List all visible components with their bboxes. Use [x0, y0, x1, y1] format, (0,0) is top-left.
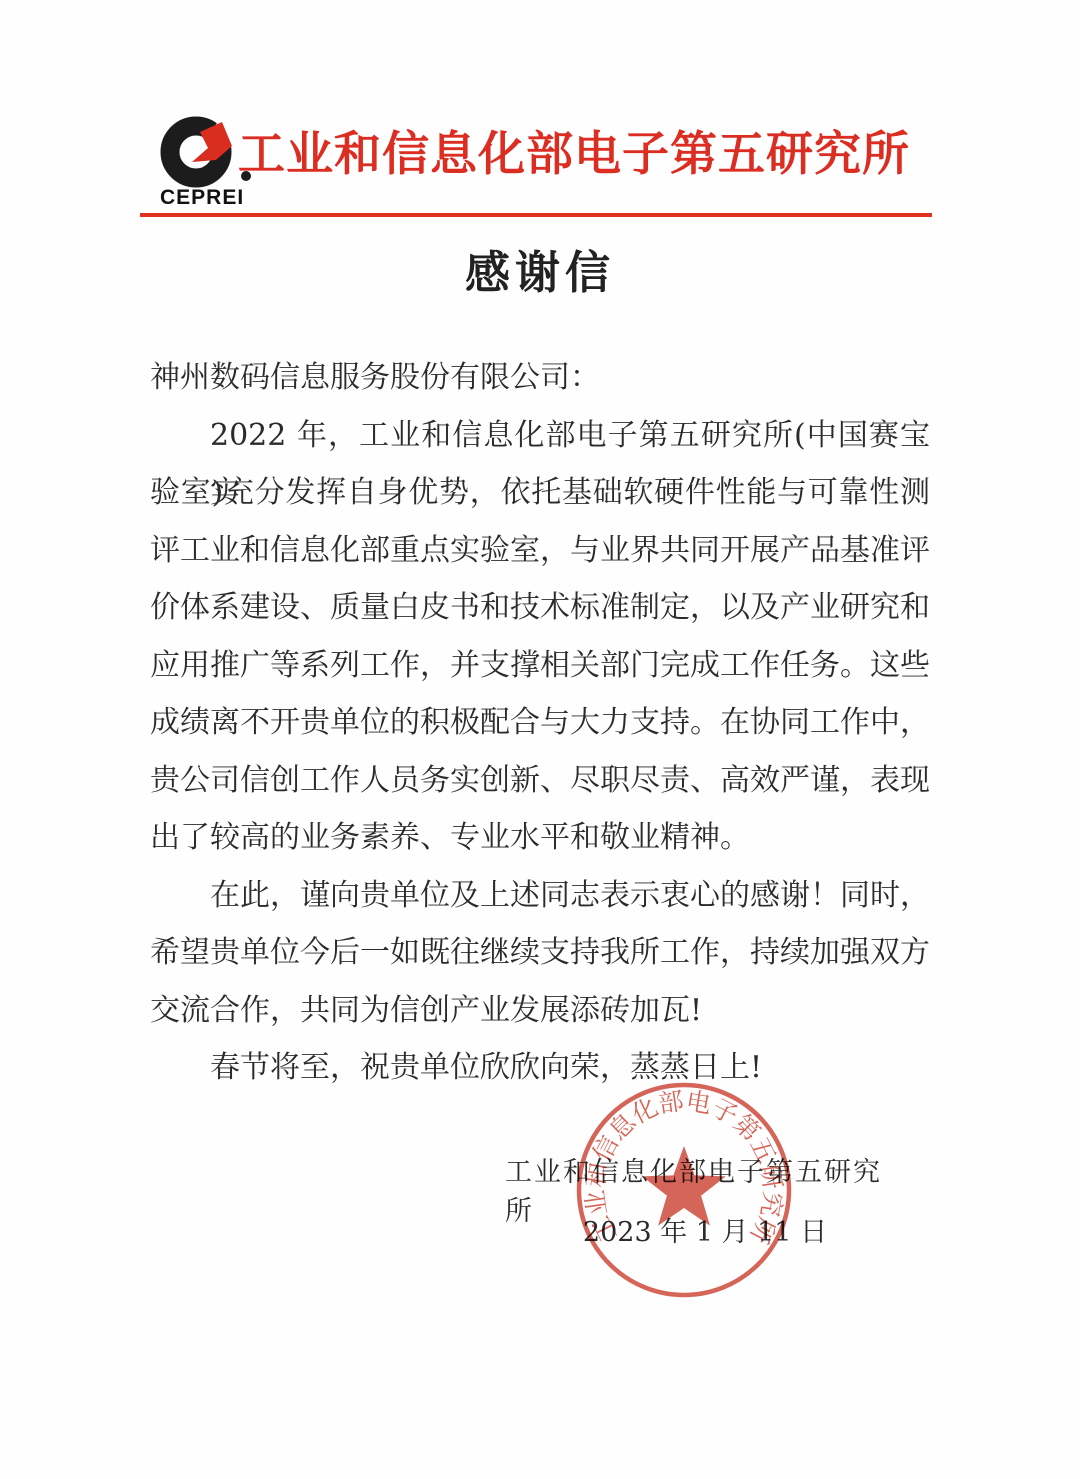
logo-acronym: CEPREI: [160, 186, 244, 209]
body-line: 验室)充分发挥自身优势，依托基础软硬件性能与可靠性测: [150, 464, 930, 522]
body-line: 出了较高的业务素养、专业水平和敬业精神。: [150, 809, 930, 867]
body-line: 价体系建设、质量白皮书和技术标准制定，以及产业研究和: [150, 579, 930, 637]
body-line: 希望贵单位今后一如既往继续支持我所工作，持续加强双方: [150, 924, 930, 982]
body-line: 成绩离不开贵单位的积极配合与大力支持。在协同工作中，: [150, 694, 930, 752]
body-line: 春节将至，祝贵单位欣欣向荣，蒸蒸日上!: [150, 1039, 930, 1097]
seal-star-icon: [642, 1146, 726, 1226]
body-line: 2022 年，工业和信息化部电子第五研究所(中国赛宝实: [150, 407, 930, 465]
letter-title: 感谢信: [0, 236, 1080, 301]
body-line: 贵公司信创工作人员务实创新、尽职尽责、高效严谨，表现: [150, 752, 930, 810]
salutation: 神州数码信息服务股份有限公司：: [150, 349, 930, 407]
letter-body: 神州数码信息服务股份有限公司： 2022 年，工业和信息化部电子第五研究所(中国…: [150, 349, 930, 1097]
letter-page: CEPREI 工业和信息化部电子第五研究所 感谢信 神州数码信息服务股份有限公司…: [0, 0, 1080, 1479]
body-line: 应用推广等系列工作，并支撑相关部门完成工作任务。这些: [150, 637, 930, 695]
header-rule: [140, 213, 932, 217]
letterhead: CEPREI 工业和信息化部电子第五研究所: [0, 0, 1080, 230]
body-line: 交流合作，共同为信创产业发展添砖加瓦!: [150, 982, 930, 1040]
body-line: 在此，谨向贵单位及上述同志表示衷心的感谢！同时，: [150, 867, 930, 925]
official-seal: 工业和信息化部电子第五研究所: [570, 1076, 798, 1304]
body-line: 评工业和信息化部重点实验室，与业界共同开展产品基准评: [150, 522, 930, 580]
org-name-title: 工业和信息化部电子第五研究所: [238, 122, 910, 186]
